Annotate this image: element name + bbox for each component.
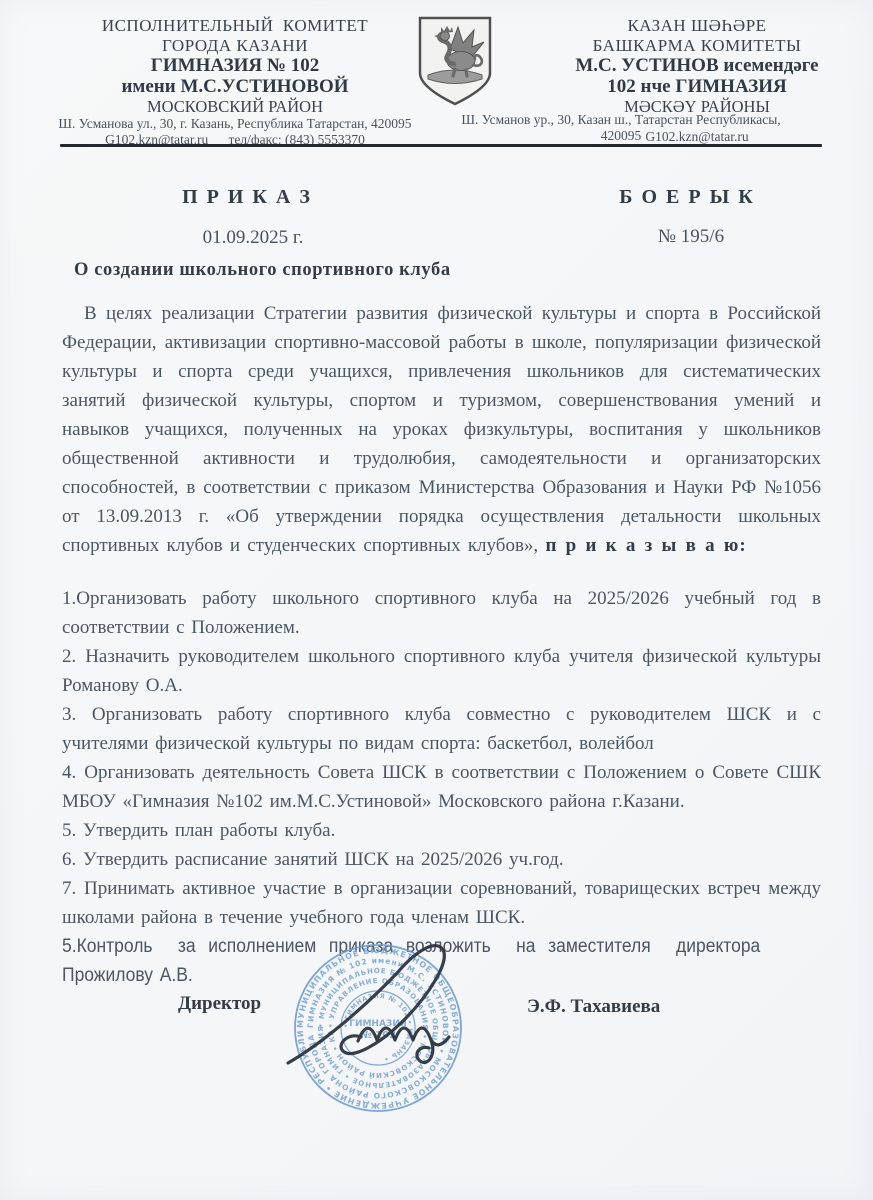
org-line: имени М.С.УСТИНОВОЙ xyxy=(58,76,412,97)
org-email: G102.kzn@tatar.ru xyxy=(520,129,873,145)
order-subject: О создании школьного спортивного клуба xyxy=(74,260,451,281)
org-line: М.С. УСТИНОВ исемендәге xyxy=(520,55,873,76)
kazan-coat-of-arms-icon xyxy=(416,15,494,107)
order-item: 5. Утвердить план работы клуба. xyxy=(62,816,821,845)
order-date: 01.09.2025 г. xyxy=(143,227,363,249)
order-item: 2. Назначить руководителем школьного спо… xyxy=(62,642,821,700)
order-item: 4. Организовать деятельность Совета ШСК … xyxy=(62,758,821,816)
order-items: 1.Организовать работу школьного спортивн… xyxy=(62,584,821,990)
order-item: 1.Организовать работу школьного спортивн… xyxy=(62,584,821,642)
org-line: КАЗАН ШӘҺӘРЕ xyxy=(520,16,873,36)
stamp-center-text: № 102 xyxy=(360,1030,396,1041)
letterhead-right: КАЗАН ШӘҺӘРЕ БАШКАРМА КОМИТЕТЫ М.С. УСТИ… xyxy=(520,16,873,116)
org-line: БАШКАРМА КОМИТЕТЫ xyxy=(520,36,873,55)
order-item: 3. Организовать работу спортивного клуба… xyxy=(62,700,821,758)
org-line: 102 нче ГИМНАЗИЯ xyxy=(520,76,873,97)
order-item: 6. Утвердить расписание занятий ШСК на 2… xyxy=(62,845,821,874)
order-preamble: В целях реализации Стратегии развития фи… xyxy=(62,299,821,560)
director-name: Э.Ф. Тахавиева xyxy=(527,996,660,1018)
letterhead-left: ИСПОЛНИТЕЛЬНЫЙ КОМИТЕТ ГОРОДА КАЗАНИ ГИМ… xyxy=(58,16,412,148)
org-line: ГОРОДА КАЗАНИ xyxy=(58,36,412,55)
school-stamp: МУНИЦИПАЛЬНОЕ БЮДЖЕТНОЕ ОБЩЕОБРАЗОВАТЕЛЬ… xyxy=(276,942,480,1114)
director-label: Директор xyxy=(178,993,261,1015)
order-number: № 195/6 xyxy=(581,226,801,248)
prikazyvayu-keyword: п р и к а з ы в а ю: xyxy=(545,535,746,556)
header-divider-rule xyxy=(60,144,822,147)
org-line: МОСКОВСКИЙ РАЙОН xyxy=(58,97,412,116)
preamble-text: В целях реализации Стратегии развития фи… xyxy=(62,303,821,556)
stamp-center-text: ГИМНАЗИЯ xyxy=(349,1019,407,1029)
order-title-ru: П Р И К А З xyxy=(137,186,357,209)
order-title-tat: Б О Е Р Ы К xyxy=(577,186,797,209)
order-body: В целях реализации Стратегии развития фи… xyxy=(62,299,821,990)
org-line: ИСПОЛНИТЕЛЬНЫЙ КОМИТЕТ xyxy=(58,16,412,36)
org-address: Ш. Усманова ул., 30, г. Казань, Республи… xyxy=(58,116,412,132)
org-line: ГИМНАЗИЯ № 102 xyxy=(58,55,412,76)
scanned-order-document: ИСПОЛНИТЕЛЬНЫЙ КОМИТЕТ ГОРОДА КАЗАНИ ГИМ… xyxy=(0,0,873,1200)
order-item: 7. Принимать активное участие в организа… xyxy=(62,874,821,932)
